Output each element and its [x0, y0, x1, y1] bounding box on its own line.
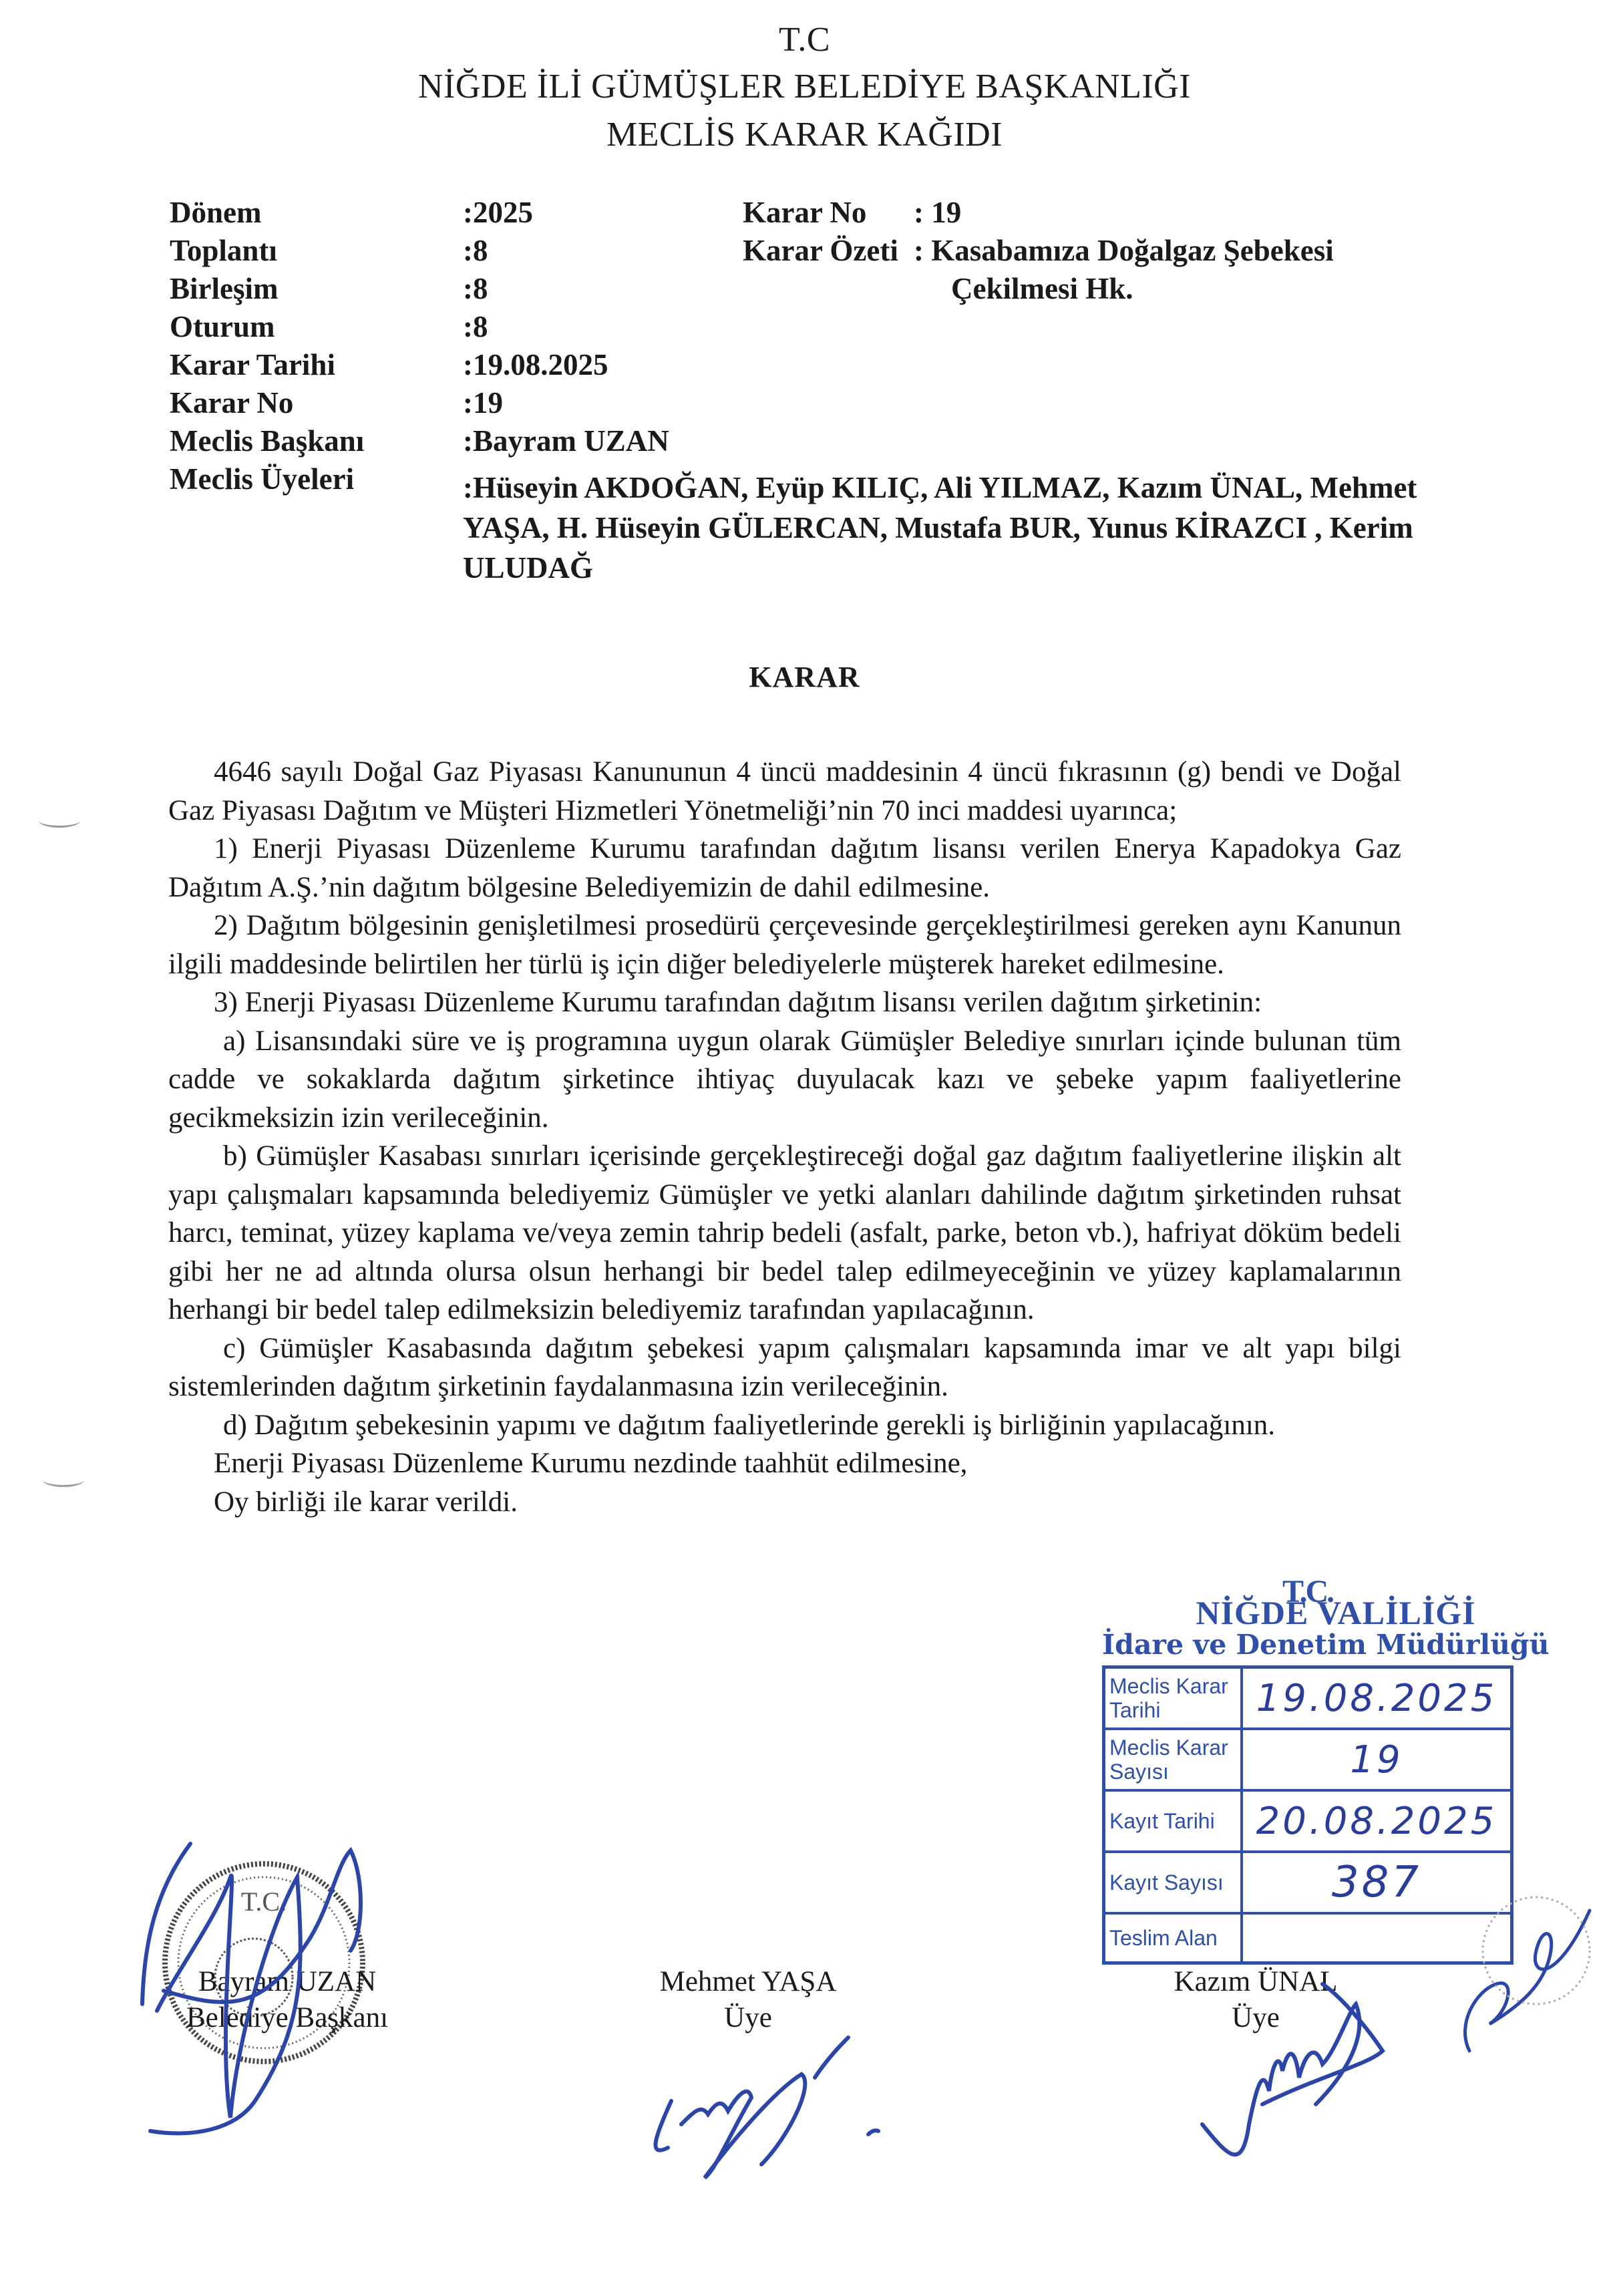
stamp-label: Meclis Karar Sayısı [1104, 1729, 1242, 1790]
stamp-value: 20.08.2025 [1242, 1790, 1512, 1852]
meta-value-karar-tarihi: :19.08.2025 [463, 347, 608, 382]
stamp-subtitle: İdare ve Denetim Müdürlüğü [1102, 1629, 1549, 1661]
stamp-row: Meclis Karar Tarihi 19.08.2025 [1104, 1667, 1512, 1730]
paragraph-item-1: 1) Enerji Piyasası Düzenleme Kurumu tara… [168, 830, 1401, 907]
meta-label-karar-tarihi: Karar Tarihi [170, 347, 335, 382]
paragraph-closing-1: Enerji Piyasası Düzenleme Kurumu nezdind… [168, 1444, 1401, 1483]
stamp-label: Meclis Karar Tarihi [1104, 1667, 1242, 1730]
meta-value-donem: :2025 [463, 195, 533, 230]
meta-value-birlesim: :8 [463, 271, 488, 306]
stamp-label: Kayıt Sayısı [1104, 1852, 1242, 1913]
meta-value-oturum: :8 [463, 309, 488, 344]
meta-label-birlesim: Birleşim [170, 271, 278, 306]
meta-value-karar-no: :19 [463, 385, 503, 420]
stamp-row: Meclis Karar Sayısı 19 [1104, 1729, 1512, 1790]
stamp-value: 19.08.2025 [1242, 1667, 1512, 1730]
meta-label-toplanti: Toplantı [170, 233, 277, 268]
paragraph-closing-2: Oy birliği ile karar verildi. [168, 1483, 1401, 1522]
meta-right-karar-no-label: Karar No [743, 195, 866, 230]
header-institution: NİĞDE İLİ GÜMÜŞLER BELEDİYE BAŞKANLIĞI [0, 67, 1609, 106]
header-tc: T.C [0, 20, 1609, 59]
meta-value-meclis-uyeleri: :Hüseyin AKDOĞAN, Eyüp KILIÇ, Ali YILMAZ… [463, 468, 1438, 588]
stamp-value: 19 [1242, 1729, 1512, 1790]
paragraph-item-3: 3) Enerji Piyasası Düzenleme Kurumu tara… [168, 983, 1401, 1022]
signature-initials-icon [1456, 1870, 1609, 2084]
meta-label-meclis-uyeleri: Meclis Üyeleri [170, 462, 354, 496]
paragraph-sub-b: b) Gümüşler Kasabası sınırları içerisind… [168, 1137, 1401, 1329]
stamp-label: Kayıt Tarihi [1104, 1790, 1242, 1852]
meta-label-oturum: Oturum [170, 309, 275, 344]
paragraph-sub-c: c) Gümüşler Kasabasında dağıtım şebekesi… [168, 1329, 1401, 1406]
header-document-type: MECLİS KARAR KAĞIDI [0, 115, 1609, 154]
signature-member-yasa-icon [641, 2004, 908, 2204]
meta-label-karar-no: Karar No [170, 385, 293, 420]
paragraph-sub-d: d) Dağıtım şebekesinin yapımı ve dağıtım… [168, 1406, 1401, 1445]
paragraph-intro: 4646 sayılı Doğal Gaz Piyasası Kanununun… [168, 753, 1401, 830]
meta-right-karar-no-value: : 19 [914, 195, 961, 230]
stamp-label: Teslim Alan [1104, 1913, 1242, 1963]
meta-right-ozet-label: Karar Özeti [743, 233, 898, 268]
meta-right-ozet-value: : Kasabamıza Doğalgaz Şebekesi [914, 233, 1334, 268]
punch-hole-mark [39, 814, 80, 828]
stamp-title: NİĞDE VALİLİĞİ [1176, 1593, 1496, 1632]
stamp-table: Meclis Karar Tarihi 19.08.2025 Meclis Ka… [1102, 1665, 1513, 1965]
meta-value-meclis-baskani: :Bayram UZAN [463, 424, 669, 458]
meta-label-meclis-baskani: Meclis Başkanı [170, 424, 364, 458]
signature-president-icon [137, 1837, 417, 2144]
decision-heading: KARAR [0, 660, 1609, 694]
signer-name: Mehmet YAŞA [621, 1964, 875, 2000]
meta-value-toplanti: :8 [463, 233, 488, 268]
stamp-row: Kayıt Sayısı 387 [1104, 1852, 1512, 1913]
meta-label-donem: Dönem [170, 195, 261, 230]
decision-body: 4646 sayılı Doğal Gaz Piyasası Kanununun… [168, 753, 1401, 1521]
punch-hole-mark [43, 1473, 84, 1487]
paragraph-item-2: 2) Dağıtım bölgesinin genişletilmesi pro… [168, 907, 1401, 983]
meta-right-ozet-value-line2: Çekilmesi Hk. [951, 271, 1133, 306]
stamp-row: Teslim Alan [1104, 1913, 1512, 1963]
signature-member-unal-icon [1182, 1971, 1463, 2171]
paragraph-sub-a: a) Lisansındaki süre ve iş programına uy… [168, 1022, 1401, 1138]
stamp-row: Kayıt Tarihi 20.08.2025 [1104, 1790, 1512, 1852]
